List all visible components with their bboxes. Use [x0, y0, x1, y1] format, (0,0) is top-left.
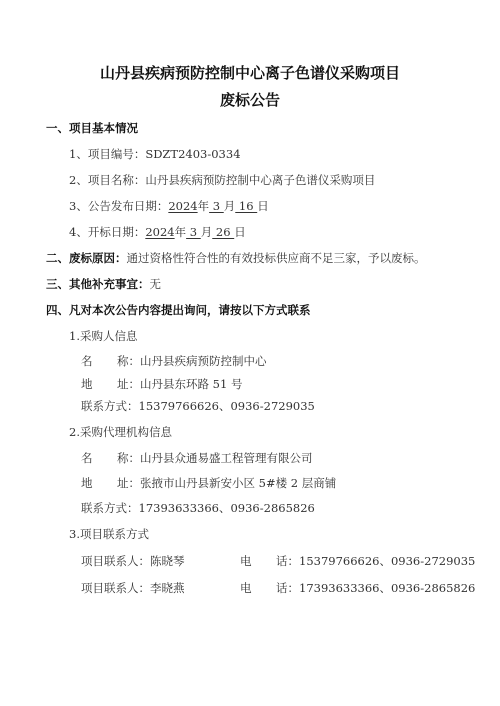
- label-part: 名: [81, 353, 117, 369]
- contact-phone: 17393633366、0936-2865826: [299, 581, 475, 595]
- publish-year: 2024: [168, 199, 197, 213]
- title-line-2: 废标公告: [0, 90, 500, 110]
- day-unit: 日: [257, 199, 269, 213]
- contact-label: 项目联系人：: [81, 581, 150, 595]
- project-number-value: SDZT2403-0334: [145, 147, 240, 161]
- section2: 二、废标原因：通过资格性符合性的有效投标供应商不足三家，予以废标。: [46, 250, 426, 266]
- agency-address: 地址：张掖市山丹县新安小区 5#楼 2 层商铺: [81, 475, 336, 491]
- agency-name: 名称：山丹县众通易盛工程管理有限公司: [81, 450, 313, 466]
- label-part: 电: [240, 580, 276, 596]
- section3: 三、其他补充事宜：无: [46, 276, 161, 292]
- purchaser-name-value: 山丹县疾病预防控制中心: [140, 354, 267, 368]
- label-part: 话：: [276, 581, 299, 595]
- label-part: 地: [81, 376, 117, 392]
- purchaser-contact: 联系方式：15379766626、0936-2729035: [81, 398, 315, 414]
- agency-name-value: 山丹县众通易盛工程管理有限公司: [140, 451, 313, 465]
- open-date-label: 4、开标日期：: [69, 225, 145, 239]
- agency-address-value: 张掖市山丹县新安小区 5#楼 2 层商铺: [140, 476, 336, 490]
- month-unit: 月: [224, 199, 236, 213]
- purchaser-address: 地址：山丹县东环路 51 号: [81, 376, 242, 392]
- publish-date: 3、公告发布日期：2024年 3 月 16 日: [69, 198, 269, 214]
- label-part: 称：: [117, 354, 140, 368]
- label-part: 名: [81, 450, 117, 466]
- publish-date-label: 3、公告发布日期：: [69, 199, 168, 213]
- label-part: 联系方式：: [81, 399, 139, 413]
- section4-heading: 四、凡对本次公告内容提出询问，请按以下方式联系: [46, 302, 311, 318]
- year-unit: 年: [198, 199, 210, 213]
- project-number-label: 1、项目编号：: [69, 147, 145, 161]
- project-contacts-heading: 3.项目联系方式: [69, 526, 149, 542]
- label-part: 联系方式：: [81, 501, 139, 515]
- project-contact-row: 项目联系人：李晓燕 电话：17393633366、0936-2865826: [81, 580, 500, 596]
- contact-label: 项目联系人：: [81, 554, 150, 568]
- label-part: 地: [81, 475, 117, 491]
- phone-label: 电话：15379766626、0936-2729035: [240, 553, 475, 569]
- purchaser-name: 名称：山丹县疾病预防控制中心: [81, 353, 267, 369]
- phone-label: 电话：17393633366、0936-2865826: [240, 580, 475, 596]
- open-month: 3: [186, 225, 201, 239]
- purchaser-address-value: 山丹县东环路 51 号: [140, 377, 242, 391]
- project-contact-row: 项目联系人：陈晓琴 电话：15379766626、0936-2729035: [81, 553, 500, 569]
- open-year: 2024: [145, 225, 174, 239]
- agency-heading: 2.采购代理机构信息: [69, 424, 172, 440]
- project-name: 2、项目名称：山丹县疾病预防控制中心离子色谱仪采购项目: [69, 172, 375, 188]
- label-part: 电: [240, 553, 276, 569]
- open-day: 26: [212, 225, 234, 239]
- contact-phone: 15379766626、0936-2729035: [299, 554, 475, 568]
- label-part: 话：: [276, 554, 299, 568]
- agency-contact: 联系方式：17393633366、0936-2865826: [81, 500, 315, 516]
- publish-day: 16: [235, 199, 257, 213]
- publish-month: 3: [209, 199, 224, 213]
- year-unit: 年: [175, 225, 187, 239]
- project-name-label: 2、项目名称：: [69, 173, 145, 187]
- section2-value: 通过资格性符合性的有效投标供应商不足三家，予以废标。: [127, 251, 426, 265]
- project-number: 1、项目编号：SDZT2403-0334: [69, 146, 241, 162]
- section1-heading: 一、项目基本情况: [46, 120, 138, 136]
- label-part: 称：: [117, 451, 140, 465]
- label-part: 址：: [117, 476, 140, 490]
- section3-heading: 三、其他补充事宜：: [46, 277, 150, 291]
- agency-contact-value: 17393633366、0936-2865826: [139, 501, 315, 515]
- day-unit: 日: [234, 225, 246, 239]
- month-unit: 月: [201, 225, 213, 239]
- project-name-value: 山丹县疾病预防控制中心离子色谱仪采购项目: [145, 173, 375, 187]
- title-line-1: 山丹县疾病预防控制中心离子色谱仪采购项目: [0, 63, 500, 83]
- purchaser-heading: 1.采购人信息: [69, 328, 137, 344]
- contact-name: 陈晓琴: [150, 554, 185, 568]
- open-date: 4、开标日期：2024年 3 月 26 日: [69, 224, 246, 240]
- section2-heading: 二、废标原因：: [46, 251, 127, 265]
- purchaser-contact-value: 15379766626、0936-2729035: [139, 399, 315, 413]
- section3-value: 无: [150, 277, 162, 291]
- contact-name: 李晓燕: [150, 581, 185, 595]
- label-part: 址：: [117, 377, 140, 391]
